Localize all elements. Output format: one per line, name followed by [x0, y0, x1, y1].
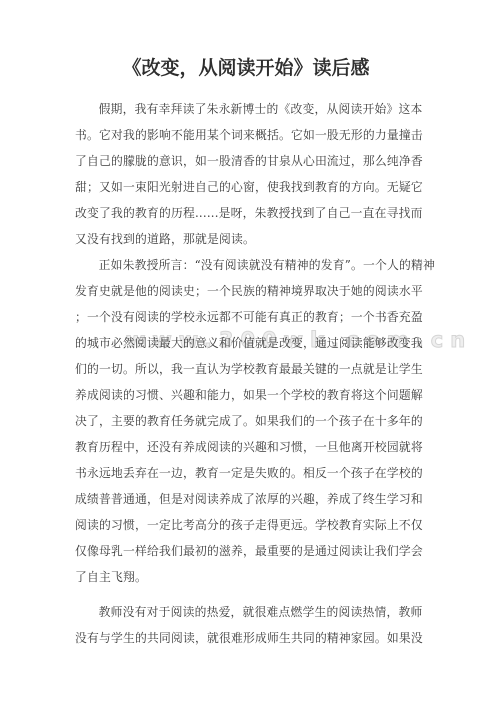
- text-line: 教师没有对于阅读的热爱，就很难点燃学生的阅读热情，教师: [75, 599, 417, 625]
- text-line: 书永远地丢弃在一边，教育一定是失败的。相反一个孩子在学校的: [75, 460, 417, 486]
- text-line: 们的一切。所以，我一直认为学校教育最最关键的一点就是让学生: [75, 356, 417, 382]
- text-line: 又没有找到的道路，那就是阅读。: [75, 226, 417, 252]
- text-line: 改变了我的教育的历程......是呀，朱教授找到了自己一直在寻找而: [75, 200, 417, 226]
- document-page: www.300wk.com.cn 《改变，从阅读开始》读后感 假期，我有幸拜读了…: [0, 0, 500, 708]
- text-line: 养成阅读的习惯、兴趣和能力，如果一个学校的教育将这个问题解: [75, 382, 417, 408]
- document-title: 《改变，从阅读开始》读后感: [75, 54, 417, 82]
- text-line: 决了，主要的教育任务就完成了。如果我们的一个孩子在十多年的: [75, 408, 417, 434]
- text-line: 假期，我有幸拜读了朱永新博士的《改变，从阅读开始》这本: [75, 96, 417, 122]
- text-line: 没有与学生的共同阅读，就很难形成师生共同的精神家园。如果没: [75, 625, 417, 651]
- text-line: 甜；又如一束阳光射进自己的心窗，使我找到教育的方向。无疑它: [75, 174, 417, 200]
- paragraph-2: 正如朱教授所言：“没有阅读就没有精神的发育”。一个人的精神发育史就是他的阅读史；…: [75, 252, 417, 590]
- text-line: 书。它对我的影响不能用某个词来概括。它如一股无形的力量撞击: [75, 122, 417, 148]
- paragraph-3: 教师没有对于阅读的热爱，就很难点燃学生的阅读热情，教师没有与学生的共同阅读，就很…: [75, 599, 417, 651]
- text-line: 教育历程中，还没有养成阅读的兴趣和习惯，一旦他离开校园就将: [75, 434, 417, 460]
- text-line: 阅读的习惯，一定比考高分的孩子走得更远。学校教育实际上不仅: [75, 512, 417, 538]
- document-body: 假期，我有幸拜读了朱永新博士的《改变，从阅读开始》这本书。它对我的影响不能用某个…: [75, 96, 417, 651]
- paragraph-1: 假期，我有幸拜读了朱永新博士的《改变，从阅读开始》这本书。它对我的影响不能用某个…: [75, 96, 417, 252]
- text-line: 正如朱教授所言：“没有阅读就没有精神的发育”。一个人的精神: [75, 252, 417, 278]
- text-line: 发育史就是他的阅读史；一个民族的精神境界取决于她的阅读水平: [75, 278, 417, 304]
- text-line: 仅像母乳一样给我们最初的滋养，最重要的是通过阅读让我们学会: [75, 538, 417, 564]
- text-line: ；一个没有阅读的学校永远都不可能有真正的教育；一个书香充盈: [75, 304, 417, 330]
- text-line: 了自主飞翔。: [75, 564, 417, 590]
- text-line: 的城市必然阅读最大的意义和价值就是改变，通过阅读能够改变我: [75, 330, 417, 356]
- text-line: 成绩普普通通，但是对阅读养成了浓厚的兴趣，养成了终生学习和: [75, 486, 417, 512]
- text-line: 了自己的朦胧的意识，如一股清香的甘泉从心田流过，那么纯净香: [75, 148, 417, 174]
